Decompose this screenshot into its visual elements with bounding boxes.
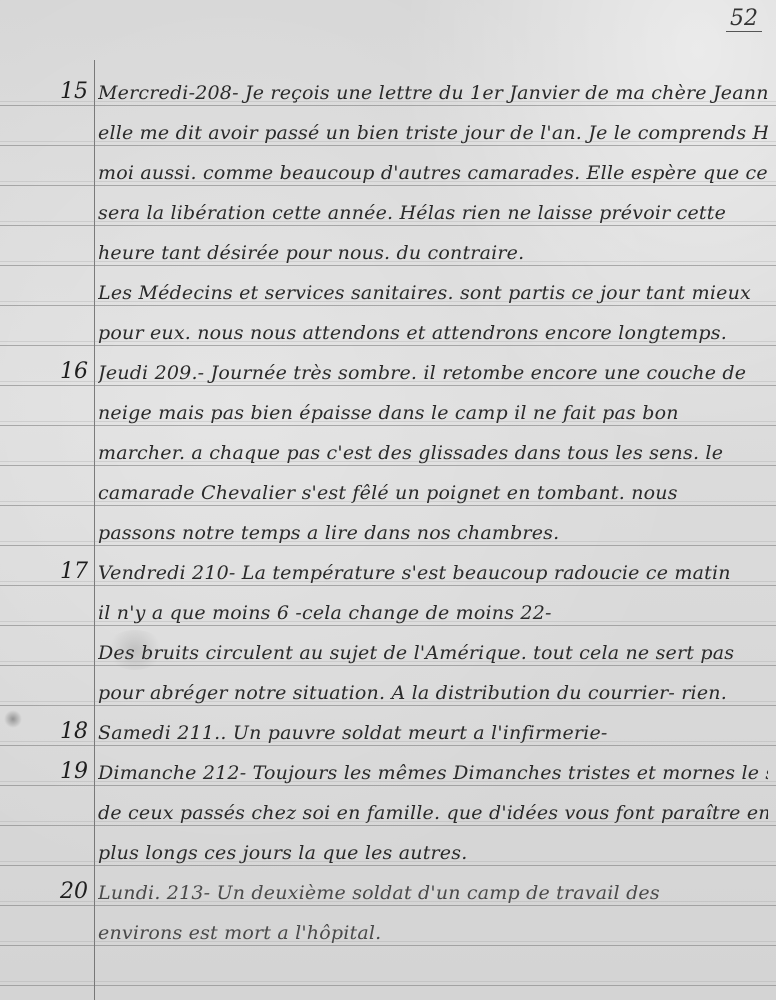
diary-line: 17Vendredi 210- La température s'est bea… — [0, 550, 776, 590]
entry-day-number: 19 — [50, 759, 88, 784]
entry-day-number: 20 — [50, 879, 88, 904]
entry-text-line: environs est mort a l'hôpital. — [98, 922, 768, 944]
entry-text-line: neige mais pas bien épaisse dans le camp… — [98, 402, 768, 424]
entry-text-line: de ceux passés chez soi en famille. que … — [98, 802, 768, 824]
diary-line: Des bruits circulent au sujet de l'Améri… — [0, 630, 776, 670]
entry-text-line: heure tant désirée pour nous. du contrai… — [98, 242, 768, 264]
entry-text-line: passons notre temps a lire dans nos cham… — [98, 522, 768, 544]
entry-text-line: plus longs ces jours la que les autres. — [98, 842, 768, 864]
diary-line: il n'y a que moins 6 -cela change de moi… — [0, 590, 776, 630]
entry-text-line: pour eux. nous nous attendons et attendr… — [98, 322, 768, 344]
diary-line: 18Samedi 211.. Un pauvre soldat meurt a … — [0, 710, 776, 750]
diary-line: elle me dit avoir passé un bien triste j… — [0, 110, 776, 150]
entry-heading-line: Dimanche 212- Toujours les mêmes Dimanch… — [98, 762, 768, 784]
entry-day-number: 15 — [50, 79, 88, 104]
entry-day-number: 17 — [50, 559, 88, 584]
ruled-line — [0, 985, 776, 986]
diary-line: passons notre temps a lire dans nos cham… — [0, 510, 776, 550]
entry-heading-line: Vendredi 210- La température s'est beauc… — [98, 562, 768, 584]
diary-line: plus longs ces jours la que les autres. — [0, 830, 776, 870]
entry-heading-line: Lundi. 213- Un deuxième soldat d'un camp… — [98, 882, 768, 904]
page-number: 52 — [726, 6, 762, 32]
entry-text-line: moi aussi. comme beaucoup d'autres camar… — [98, 162, 768, 184]
diary-line: marcher. a chaque pas c'est des glissade… — [0, 430, 776, 470]
entry-day-number: 16 — [50, 359, 88, 384]
entry-text-line: sera la libération cette année. Hélas ri… — [98, 202, 768, 224]
diary-line: heure tant désirée pour nous. du contrai… — [0, 230, 776, 270]
entry-text-line: Les Médecins et services sanitaires. son… — [98, 282, 768, 304]
entry-day-number: 18 — [50, 719, 88, 744]
entry-text-line: pour abréger notre situation. A la distr… — [98, 682, 768, 704]
diary-line: neige mais pas bien épaisse dans le camp… — [0, 390, 776, 430]
diary-line: de ceux passés chez soi en famille. que … — [0, 790, 776, 830]
entry-heading-line: Mercredi-208- Je reçois une lettre du 1e… — [98, 82, 768, 104]
ruled-subline — [0, 981, 776, 982]
diary-line: 20Lundi. 213- Un deuxième soldat d'un ca… — [0, 870, 776, 910]
diary-line: pour eux. nous nous attendons et attendr… — [0, 310, 776, 350]
diary-line: 19Dimanche 212- Toujours les mêmes Diman… — [0, 750, 776, 790]
entry-text-line: camarade Chevalier s'est fêlé un poignet… — [98, 482, 768, 504]
diary-line: environs est mort a l'hôpital. — [0, 910, 776, 950]
diary-line: 15Mercredi-208- Je reçois une lettre du … — [0, 70, 776, 110]
diary-line: camarade Chevalier s'est fêlé un poignet… — [0, 470, 776, 510]
diary-line: 16Jeudi 209.- Journée très sombre. il re… — [0, 350, 776, 390]
diary-line: moi aussi. comme beaucoup d'autres camar… — [0, 150, 776, 190]
entry-text-line: marcher. a chaque pas c'est des glissade… — [98, 442, 768, 464]
diary-line: Les Médecins et services sanitaires. son… — [0, 270, 776, 310]
entry-heading-line: Jeudi 209.- Journée très sombre. il reto… — [98, 362, 768, 384]
diary-page: 52 15Mercredi-208- Je reçois une lettre … — [0, 0, 776, 1000]
entry-text-line: elle me dit avoir passé un bien triste j… — [98, 122, 768, 144]
entry-text-line: Des bruits circulent au sujet de l'Améri… — [98, 642, 768, 664]
entry-heading-line: Samedi 211.. Un pauvre soldat meurt a l'… — [98, 722, 768, 744]
diary-line: sera la libération cette année. Hélas ri… — [0, 190, 776, 230]
diary-line: pour abréger notre situation. A la distr… — [0, 670, 776, 710]
entry-text-line: il n'y a que moins 6 -cela change de moi… — [98, 602, 768, 624]
